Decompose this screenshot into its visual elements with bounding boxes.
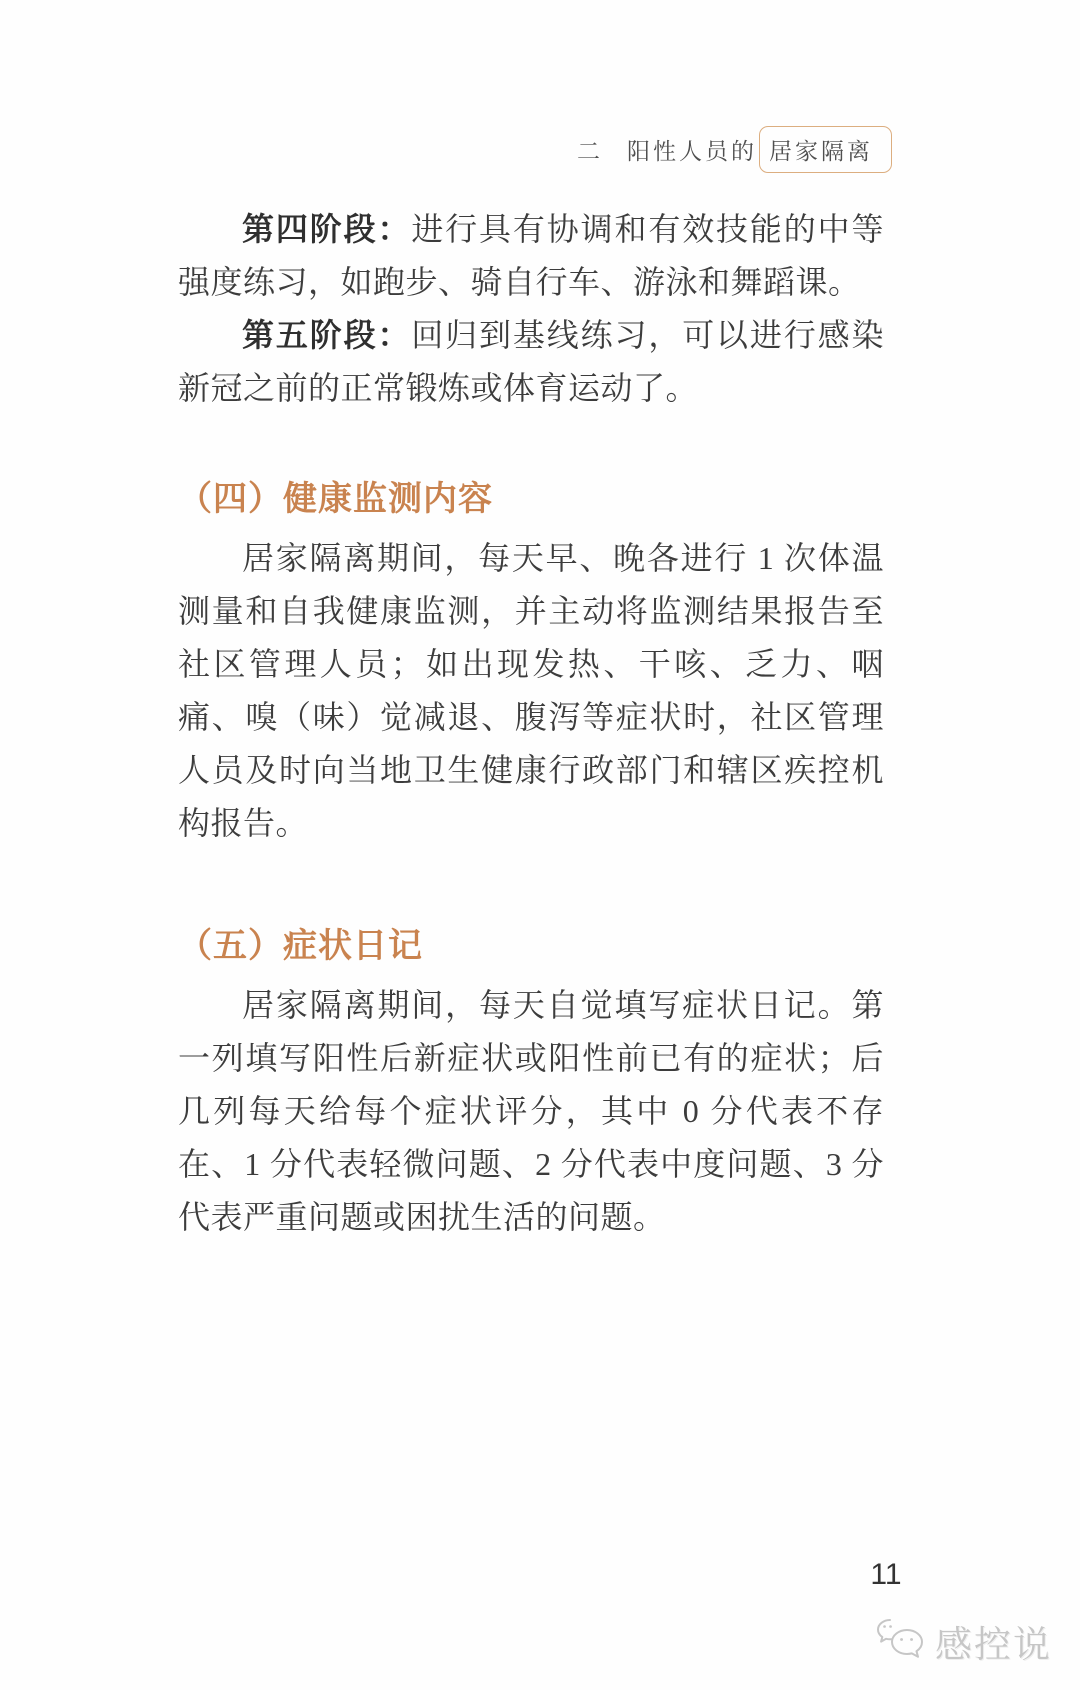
health-monitoring-paragraph: 居家隔离期间，每天早、晚各进行 1 次体温测量和自我健康监测，并主动将监测结果报…: [178, 532, 884, 850]
section-heading-health-monitoring: （四）健康监测内容: [178, 473, 884, 526]
chapter-title-highlight-box: 居家隔离: [759, 126, 892, 173]
stage-four-paragraph: 第四阶段：进行具有协调和有效技能的中等强度练习，如跑步、骑自行车、游泳和舞蹈课。: [178, 203, 884, 309]
stage-five-paragraph: 第五阶段：回归到基线练习，可以进行感染新冠之前的正常锻炼或体育运动了。: [178, 309, 884, 415]
watermark: 感控说: [875, 1614, 1052, 1668]
symptom-diary-paragraph: 居家隔离期间，每天自觉填写症状日记。第一列填写阳性后新症状或阳性前已有的症状；后…: [178, 979, 884, 1244]
chapter-title-prefix: 阳性人员的: [627, 133, 757, 166]
book-page: 二 阳性人员的 居家隔离 第四阶段：进行具有协调和有效技能的中等强度练习，如跑步…: [0, 0, 1080, 1690]
stage-five-lead: 第五阶段：: [242, 317, 411, 353]
section-heading-symptom-diary: （五）症状日记: [178, 920, 884, 973]
stage-four-lead: 第四阶段：: [242, 211, 411, 247]
page-body: 第四阶段：进行具有协调和有效技能的中等强度练习，如跑步、骑自行车、游泳和舞蹈课。…: [178, 203, 884, 1244]
page-number: 11: [858, 1558, 914, 1592]
running-header: 二 阳性人员的 居家隔离: [577, 126, 892, 173]
speech-bubbles-icon: [875, 1618, 927, 1664]
watermark-text: 感控说: [935, 1614, 1052, 1668]
chapter-number: 二: [577, 133, 603, 166]
